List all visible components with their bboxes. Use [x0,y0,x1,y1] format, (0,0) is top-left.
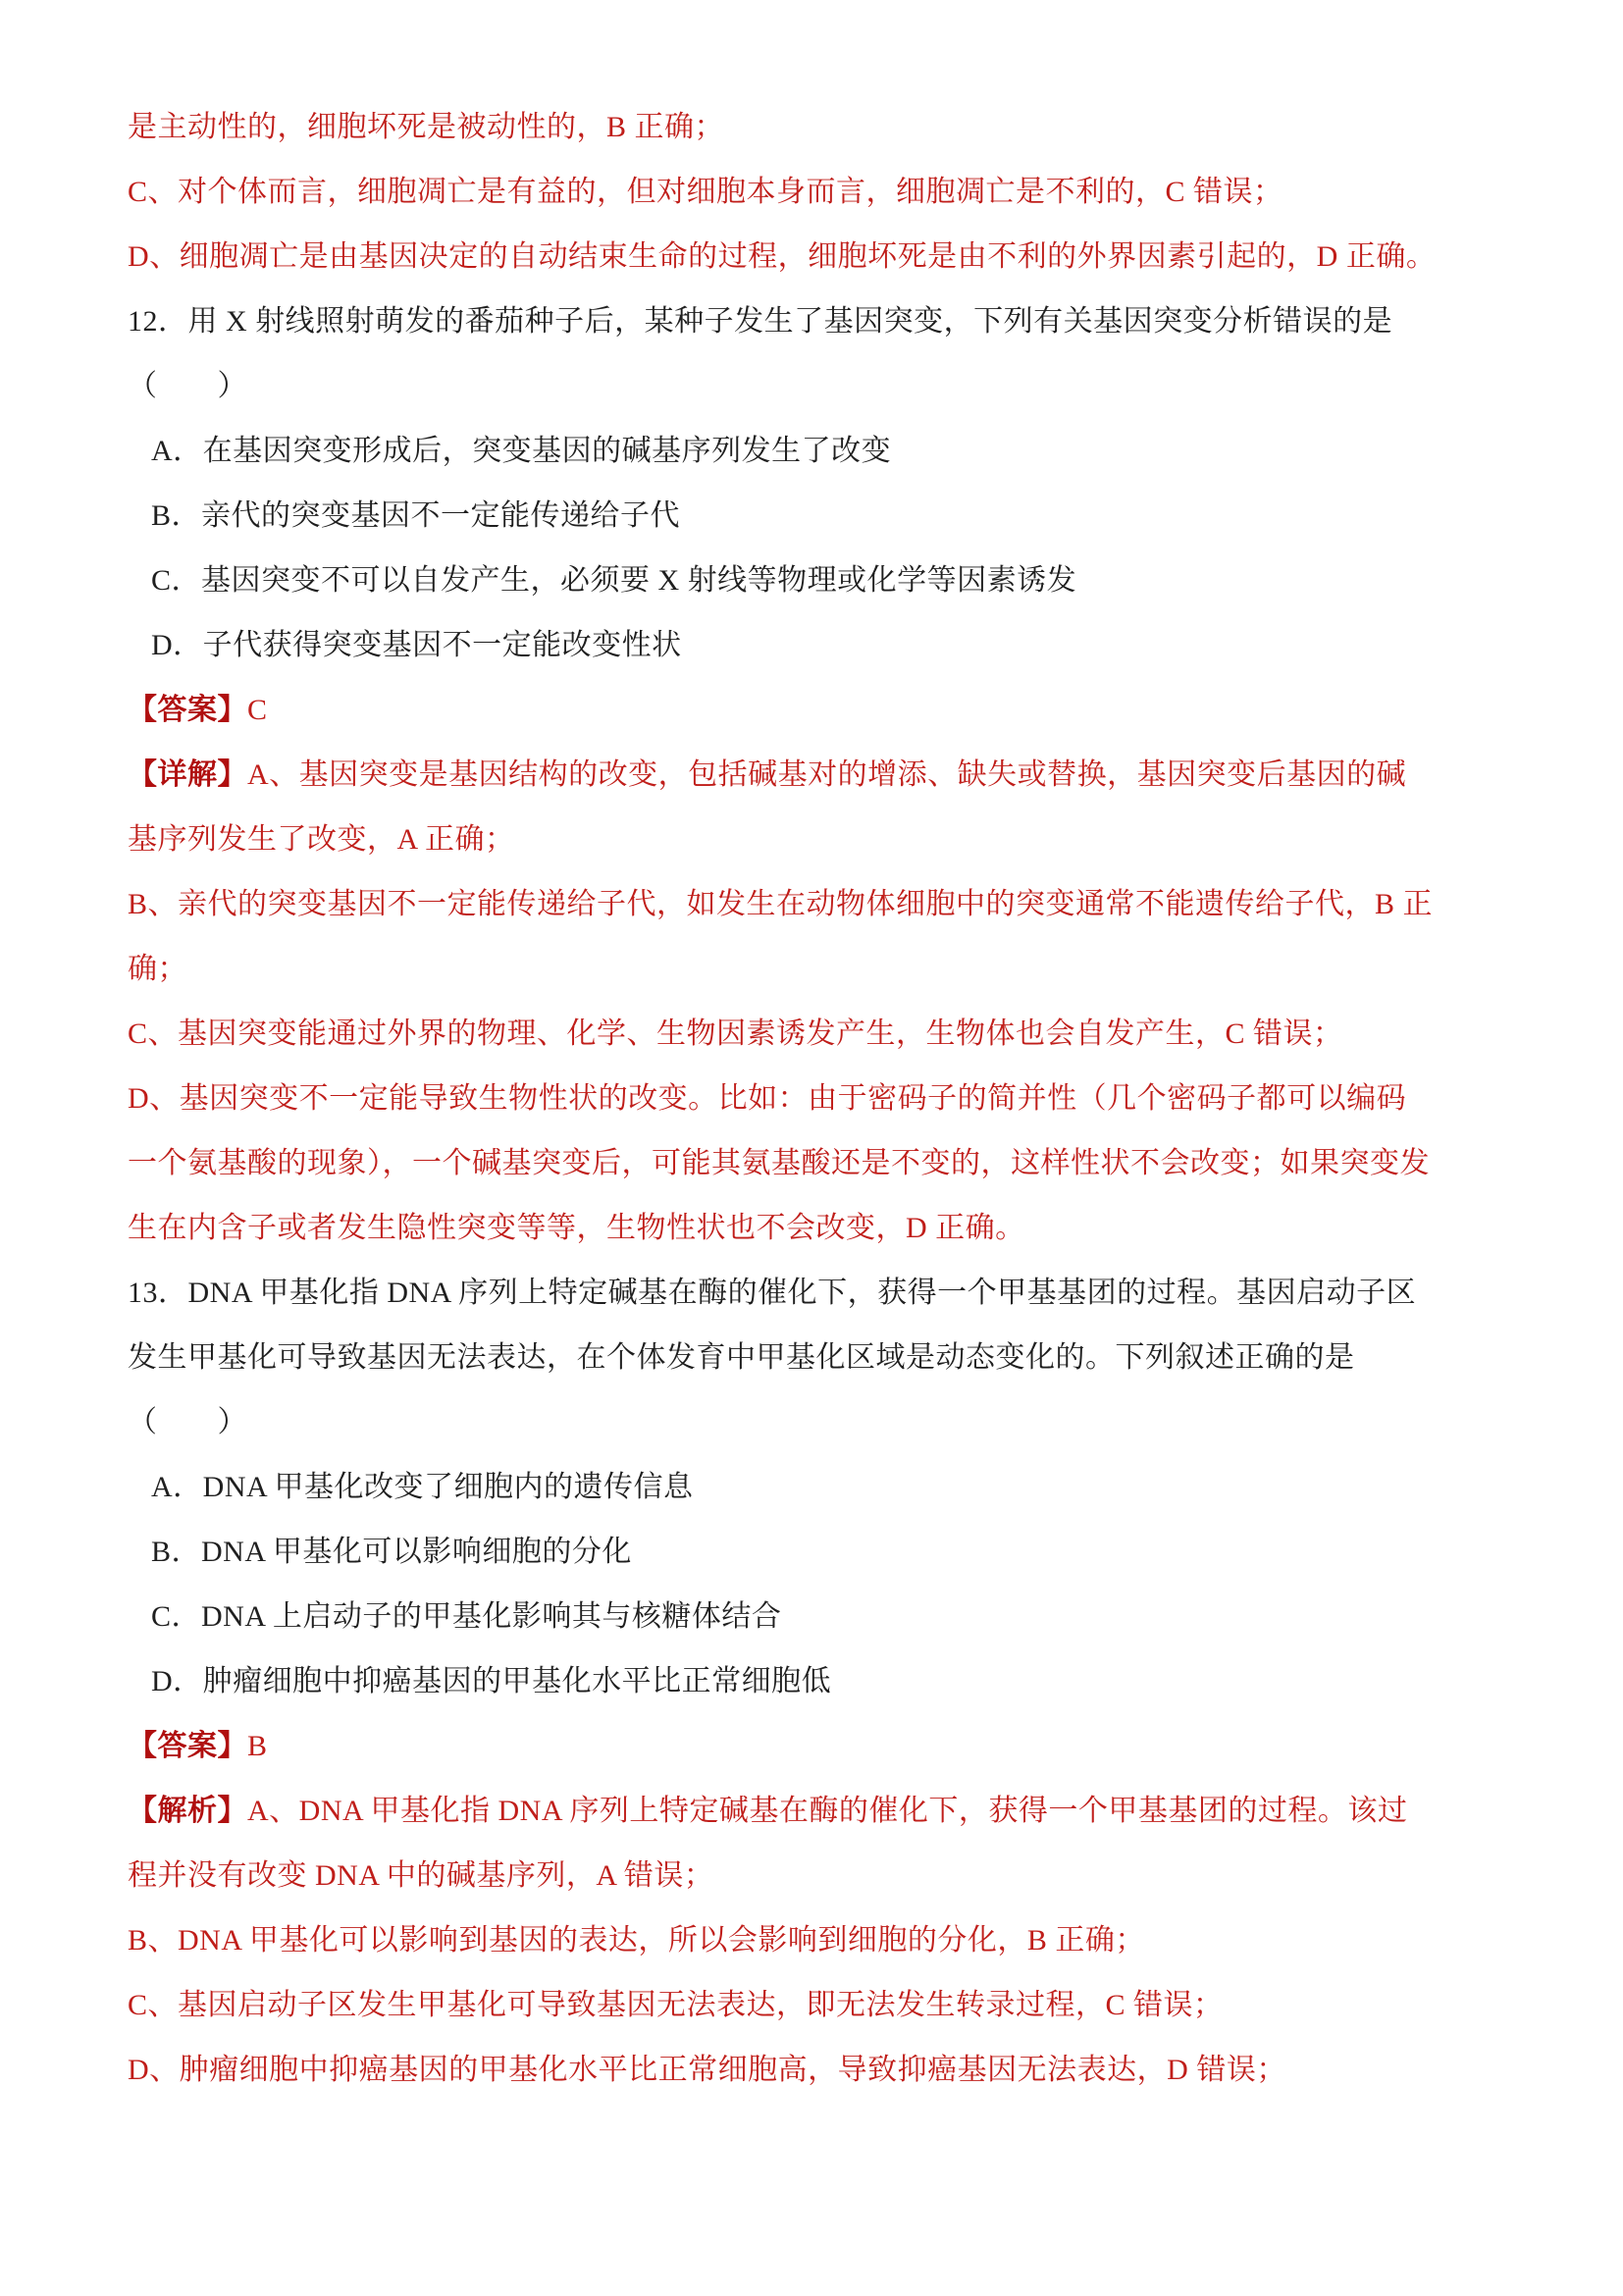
answer-marker: 【答案】 [128,1730,247,1762]
document-page: 是主动性的，细胞坏死是被动性的，B 正确；C、对个体而言，细胞凋亡是有益的，但对… [0,0,1623,2296]
text-line: D、细胞凋亡是由基因决定的自动结束生命的过程，细胞坏死是由不利的外界因素引起的，… [128,225,1525,289]
text-line: 基序列发生了改变，A 正确； [128,808,1525,872]
answer-marker: 【答案】 [128,694,247,726]
line-text: A、基因突变是基因结构的改变，包括碱基对的增添、缺失或替换，基因突变后基因的碱 [247,758,1406,791]
document-content: 是主动性的，细胞坏死是被动性的，B 正确；C、对个体而言，细胞凋亡是有益的，但对… [0,0,1623,2103]
text-line: 【答案】B [128,1714,1525,1779]
text-line: 【详解】A、基因突变是基因结构的改变，包括碱基对的增添、缺失或替换，基因突变后基… [128,743,1525,808]
line-text: B [247,1730,268,1762]
text-line: 12．用 X 射线照射萌发的番茄种子后，某种子发生了基因突变，下列有关基因突变分… [128,289,1525,354]
text-line: 程并没有改变 DNA 中的碱基序列，A 错误； [128,1844,1525,1908]
text-line: D．子代获得突变基因不一定能改变性状 [128,613,1525,678]
text-line: D、肿瘤细胞中抑癌基因的甲基化水平比正常细胞高，导致抑癌基因无法表达，D 错误； [128,2038,1525,2103]
text-line: 13．DNA 甲基化指 DNA 序列上特定碱基在酶的催化下，获得一个甲基基团的过… [128,1261,1525,1326]
text-line: （ ） [128,354,1525,419]
text-line: C．基因突变不可以自发产生，必须要 X 射线等物理或化学等因素诱发 [128,548,1525,613]
text-line: C、基因突变能通过外界的物理、化学、生物因素诱发产生，生物体也会自发产生，C 错… [128,1002,1525,1067]
text-line: D．肿瘤细胞中抑癌基因的甲基化水平比正常细胞低 [128,1649,1525,1714]
text-line: 一个氨基酸的现象），一个碱基突变后，可能其氨基酸还是不变的，这样性状不会改变；如… [128,1131,1525,1196]
text-line: 【解析】A、DNA 甲基化指 DNA 序列上特定碱基在酶的催化下，获得一个甲基基… [128,1779,1525,1844]
text-line: 发生甲基化可导致基因无法表达，在个体发育中甲基化区域是动态变化的。下列叙述正确的… [128,1326,1525,1390]
text-line: C、对个体而言，细胞凋亡是有益的，但对细胞本身而言，细胞凋亡是不利的，C 错误； [128,160,1525,225]
text-line: D、基因突变不一定能导致生物性状的改变。比如：由于密码子的简并性（几个密码子都可… [128,1067,1525,1131]
answer-marker: 【解析】 [128,1795,247,1827]
text-line: 是主动性的，细胞坏死是被动性的，B 正确； [128,95,1525,160]
text-line: B．DNA 甲基化可以影响细胞的分化 [128,1520,1525,1585]
text-line: A．DNA 甲基化改变了细胞内的遗传信息 [128,1455,1525,1520]
text-line: B、亲代的突变基因不一定能传递给子代，如发生在动物体细胞中的突变通常不能遗传给子… [128,872,1525,937]
text-line: B、DNA 甲基化可以影响到基因的表达，所以会影响到细胞的分化，B 正确； [128,1908,1525,1973]
answer-marker: 【详解】 [128,758,247,791]
text-line: 生在内含子或者发生隐性突变等等，生物性状也不会改变，D 正确。 [128,1196,1525,1261]
text-line: C．DNA 上启动子的甲基化影响其与核糖体结合 [128,1585,1525,1649]
text-line: B．亲代的突变基因不一定能传递给子代 [128,484,1525,548]
text-line: 确； [128,937,1525,1002]
text-line: A．在基因突变形成后，突变基因的碱基序列发生了改变 [128,419,1525,484]
line-text: A、DNA 甲基化指 DNA 序列上特定碱基在酶的催化下，获得一个甲基基团的过程… [247,1795,1407,1827]
line-text: C [247,694,268,726]
text-line: （ ） [128,1390,1525,1455]
text-line: 【答案】C [128,678,1525,743]
text-line: C、基因启动子区发生甲基化可导致基因无法表达，即无法发生转录过程，C 错误； [128,1973,1525,2038]
